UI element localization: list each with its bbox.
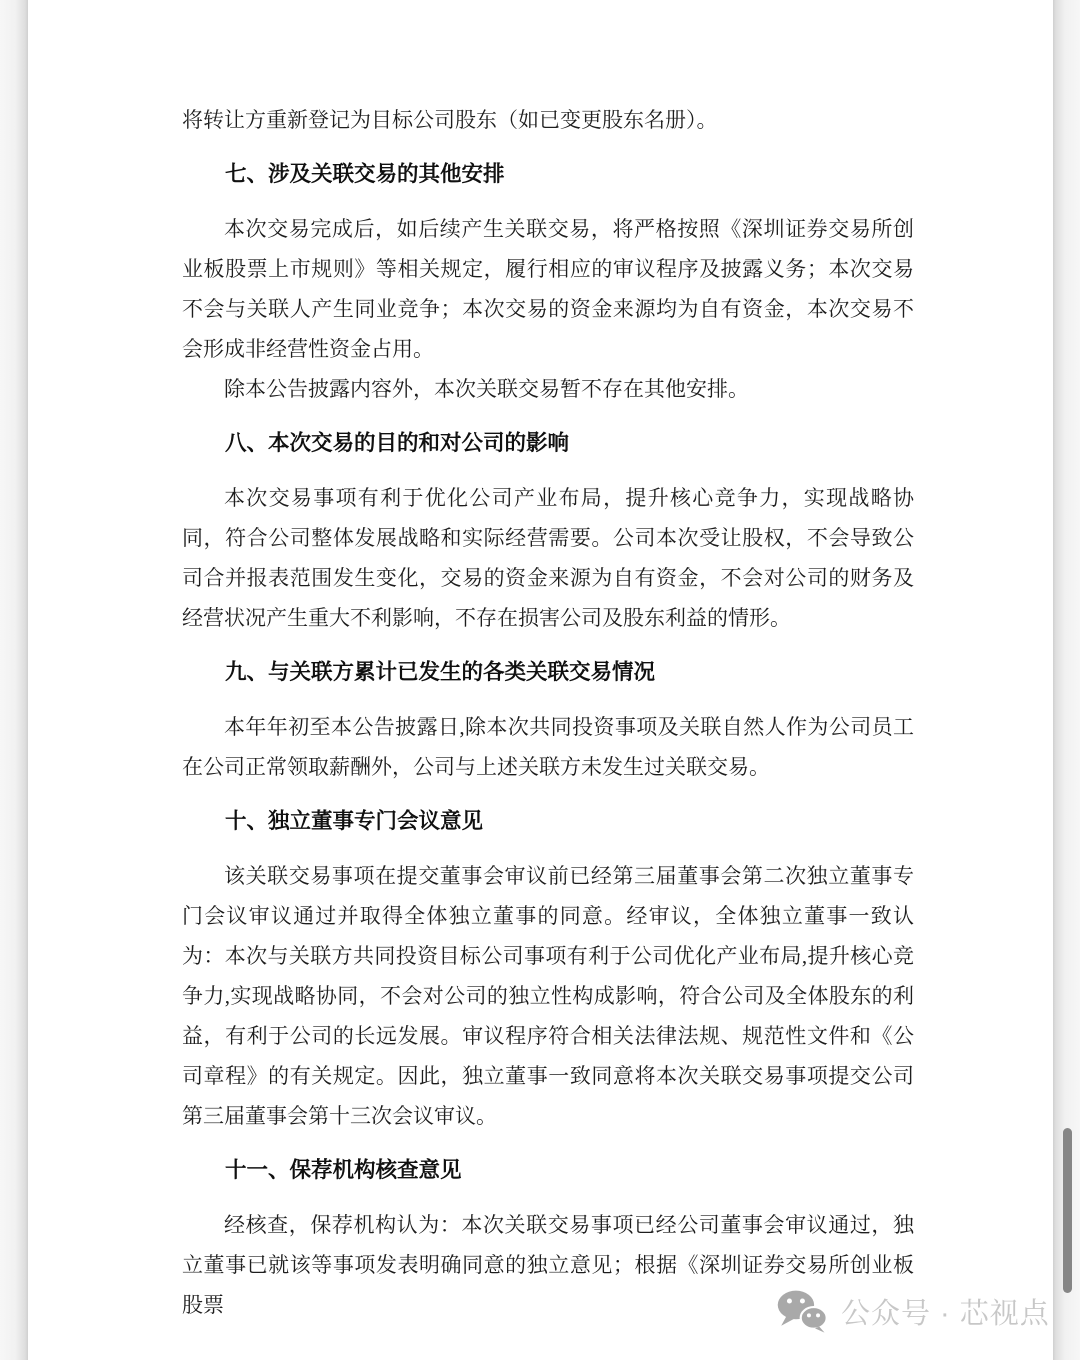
section-9: 九、与关联方累计已发生的各类关联交易情况 本年年初至本公告披露日,除本次共同投资… — [182, 652, 914, 787]
section-10-paragraph-1: 该关联交易事项在提交董事会审议前已经第三届董事会第二次独立董事专门会议审议通过并… — [182, 856, 914, 1136]
document-content: 将转让方重新登记为目标公司股东（如已变更股东名册）。 七、涉及关联交易的其他安排… — [182, 0, 914, 1325]
section-7-paragraph-2: 除本公告披露内容外，本次关联交易暂不存在其他安排。 — [182, 369, 914, 409]
scrollbar-thumb[interactable] — [1063, 1128, 1072, 1293]
watermark: 公众号 · 芯视点 — [776, 1286, 1050, 1336]
section-7: 七、涉及关联交易的其他安排 本次交易完成后，如后续产生关联交易，将严格按照《深圳… — [182, 154, 914, 409]
section-9-paragraph-1: 本年年初至本公告披露日,除本次共同投资事项及关联自然人作为公司员工在公司正常领取… — [182, 707, 914, 787]
paragraph-continuation: 将转让方重新登记为目标公司股东（如已变更股东名册）。 — [182, 100, 914, 140]
section-10-heading: 十、独立董事专门会议意见 — [182, 801, 914, 841]
page-left-margin — [0, 0, 28, 1360]
section-9-heading: 九、与关联方累计已发生的各类关联交易情况 — [182, 652, 914, 692]
section-10: 十、独立董事专门会议意见 该关联交易事项在提交董事会审议前已经第三届董事会第二次… — [182, 801, 914, 1136]
section-7-paragraph-1: 本次交易完成后，如后续产生关联交易，将严格按照《深圳证券交易所创业板股票上市规则… — [182, 209, 914, 369]
section-7-heading: 七、涉及关联交易的其他安排 — [182, 154, 914, 194]
section-8: 八、本次交易的目的和对公司的影响 本次交易事项有利于优化公司产业布局，提升核心竞… — [182, 423, 914, 638]
section-11-heading: 十一、保荐机构核查意见 — [182, 1150, 914, 1190]
section-8-heading: 八、本次交易的目的和对公司的影响 — [182, 423, 914, 463]
section-8-paragraph-1: 本次交易事项有利于优化公司产业布局，提升核心竞争力，实现战略协同，符合公司整体发… — [182, 478, 914, 638]
wechat-icon — [776, 1288, 828, 1334]
watermark-text: 公众号 · 芯视点 — [841, 1291, 1050, 1332]
document-page: 将转让方重新登记为目标公司股东（如已变更股东名册）。 七、涉及关联交易的其他安排… — [0, 0, 1080, 1360]
